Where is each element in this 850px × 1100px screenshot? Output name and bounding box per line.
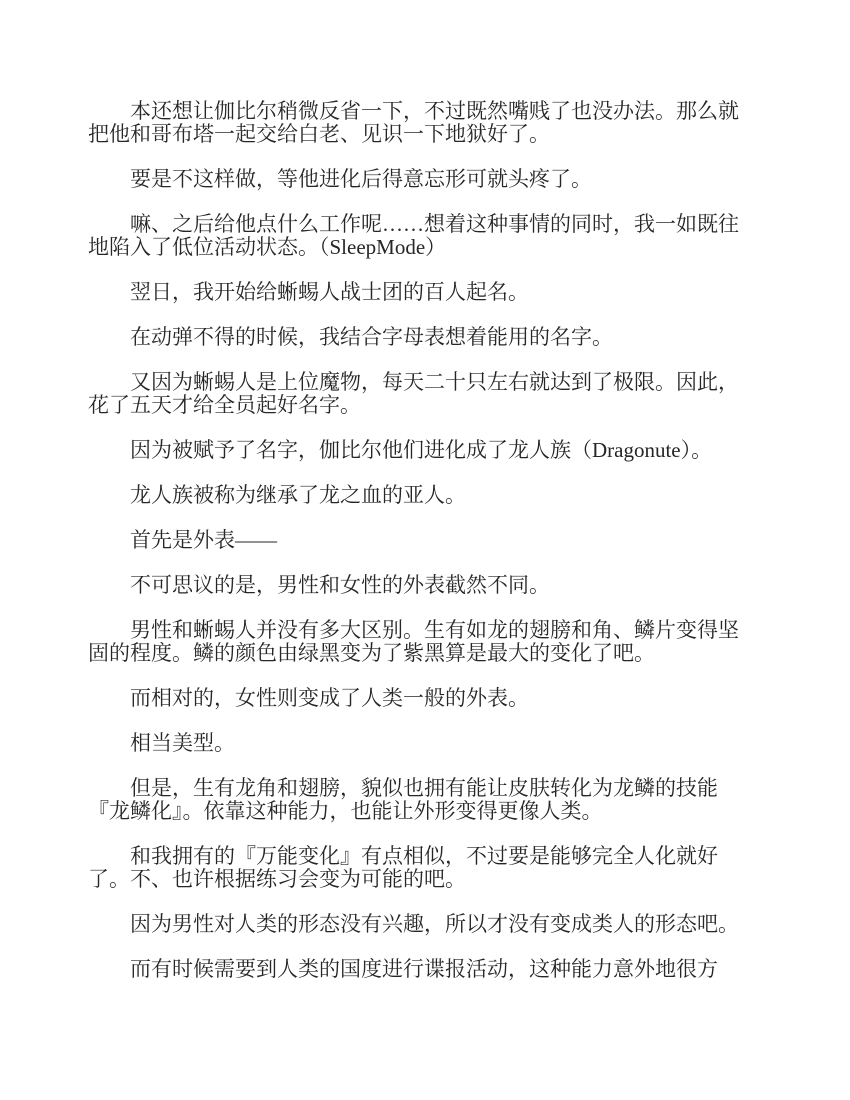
paragraph: 相当美型。 (88, 732, 744, 755)
paragraph: 翌日，我开始给蜥蜴人战士团的百人起名。 (88, 281, 744, 304)
paragraph: 因为男性对人类的形态没有兴趣，所以才没有变成类人的形态吧。 (88, 913, 744, 936)
ebook-page: 本还想让伽比尔稍微反省一下，不过既然嘴贱了也没办法。那么就把他和哥布塔一起交给白… (0, 0, 850, 1100)
paragraph: 龙人族被称为继承了龙之血的亚人。 (88, 484, 744, 507)
paragraph: 因为被赋予了名字，伽比尔他们进化成了龙人族（Dragonute）。 (88, 439, 744, 462)
paragraph: 要是不这样做，等他进化后得意忘形可就头疼了。 (88, 168, 744, 191)
paragraph: 而相对的，女性则变成了人类一般的外表。 (88, 687, 744, 710)
paragraph: 男性和蜥蜴人并没有多大区别。生有如龙的翅膀和角、鳞片变得坚固的程度。鳞的颜色由绿… (88, 619, 744, 665)
paragraph: 而有时候需要到人类的国度进行谍报活动，这种能力意外地很方 (88, 958, 744, 981)
paragraph: 和我拥有的『万能变化』有点相似，不过要是能够完全人化就好了。不、也许根据练习会变… (88, 845, 744, 891)
novel-text-content: 本还想让伽比尔稍微反省一下，不过既然嘴贱了也没办法。那么就把他和哥布塔一起交给白… (88, 100, 744, 1003)
paragraph: 但是，生有龙角和翅膀，貌似也拥有能让皮肤转化为龙鳞的技能『龙鳞化』。依靠这种能力… (88, 777, 744, 823)
paragraph: 本还想让伽比尔稍微反省一下，不过既然嘴贱了也没办法。那么就把他和哥布塔一起交给白… (88, 100, 744, 146)
paragraph: 又因为蜥蜴人是上位魔物，每天二十只左右就达到了极限。因此，花了五天才给全员起好名… (88, 371, 744, 417)
paragraph: 嘛、之后给他点什么工作呢……想着这种事情的同时，我一如既往地陷入了低位活动状态。… (88, 213, 744, 259)
paragraph: 不可思议的是，男性和女性的外表截然不同。 (88, 574, 744, 597)
paragraph: 首先是外表—— (88, 529, 744, 552)
paragraph: 在动弹不得的时候，我结合字母表想着能用的名字。 (88, 326, 744, 349)
